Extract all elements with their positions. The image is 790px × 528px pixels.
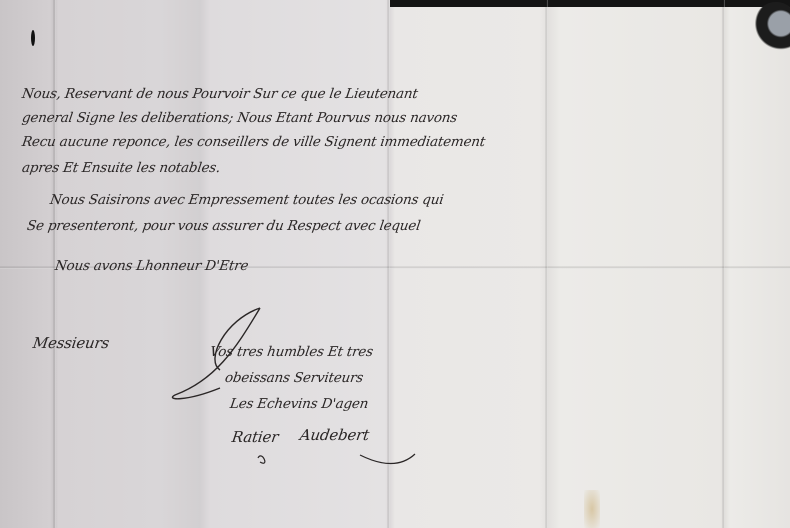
fold-line-vertical	[722, 0, 725, 528]
body-line: apres Et Ensuite les notables.	[21, 160, 221, 176]
closing-line: Vos tres humbles Et tres	[209, 344, 374, 360]
ink-blot	[31, 30, 35, 46]
fold-line-vertical	[545, 0, 548, 528]
dark-background-strip	[390, 0, 790, 7]
body-line: general Signe les deliberations; Nous Et…	[21, 110, 458, 126]
closing-line: Les Echevins D'agen	[229, 396, 369, 412]
body-line: Recu aucune reponce, les conseillers de …	[21, 134, 486, 150]
letter-paper: Nous, Reservant de nous Pourvoir Sur ce …	[0, 0, 790, 528]
signature-flourish-icon	[250, 440, 420, 470]
paper-stain	[584, 490, 600, 528]
body-line: Nous, Reservant de nous Pourvoir Sur ce …	[21, 86, 419, 102]
salutation: Messieurs	[32, 334, 111, 352]
torn-corner	[752, 2, 790, 56]
closing-line: obeissans Serviteurs	[224, 370, 364, 386]
body-line: Nous Saisirons avec Empressement toutes …	[49, 192, 445, 208]
body-line: Se presenteront, pour vous assurer du Re…	[26, 218, 422, 234]
body-line: Nous avons Lhonneur D'Etre	[54, 258, 249, 274]
